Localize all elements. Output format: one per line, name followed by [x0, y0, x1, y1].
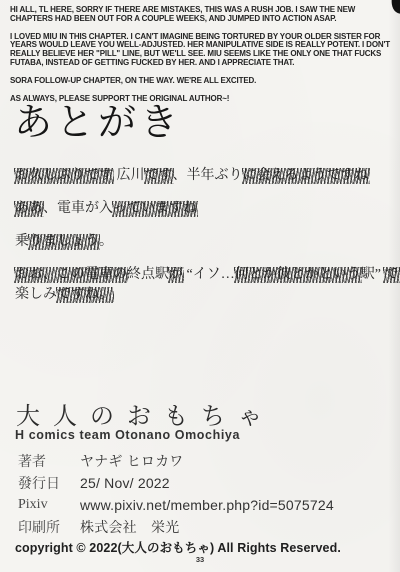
scribbled-out-text: ですか — [384, 265, 400, 284]
afterword-heading: あとがき — [14, 100, 182, 144]
printer-value: 株式会社 栄光 — [80, 517, 179, 537]
afterword-text: 乗 — [15, 234, 29, 249]
scribbled-out-text: おお、この電車の — [15, 265, 127, 284]
author-label: 著者 — [18, 451, 80, 471]
publish-date-label: 發行日 — [18, 473, 80, 493]
translator-note-paragraph: SORA FOLLOW-UP CHAPTER, ON THE WAY. WE'R… — [10, 77, 390, 86]
afterword-line: ああ、電車が入っていますね — [15, 199, 387, 218]
circle-title-english: H comics team Otonano Omochiya — [15, 428, 240, 442]
afterword-text: 、電車が入 — [43, 201, 113, 216]
translator-note-paragraph: I LOVED MIU IN THIS CHAPTER. I CAN'T IMA… — [10, 33, 390, 68]
afterword-text: 終点駅 — [127, 267, 169, 282]
colophon-row-pixiv: Pixiv www.pixiv.net/member.php?id=507572… — [18, 494, 388, 516]
afterword-text: 広川 — [113, 168, 145, 183]
afterword-line: 乗りましょう。 — [15, 232, 387, 251]
scribbled-out-text: りましょう — [29, 232, 99, 251]
scribbled-out-text: 何とか彼とかという — [235, 265, 361, 284]
afterword-text: 、半年ぶり — [173, 168, 243, 183]
afterword-text: “イソ… — [183, 267, 235, 282]
printer-label: 印刷所 — [18, 517, 80, 537]
colophon-row-author: 著者 ヤナギ ヒロカワ — [18, 450, 388, 472]
colophon-table: 著者 ヤナギ ヒロカワ 發行日 25/ Nov/ 2022 Pixiv www.… — [18, 450, 388, 538]
afterword-line: おお、この電車の終点駅が “イソ…何とか彼とかという駅” ですか — [15, 265, 387, 284]
afterword-text: 。 — [99, 234, 113, 249]
scanned-afterword-page: HI ALL, TL HERE, SORRY IF THERE ARE MIST… — [0, 0, 400, 572]
scribbled-out-text: ああ — [15, 199, 43, 218]
colophon-row-printer: 印刷所 株式会社 栄光 — [18, 516, 388, 538]
scribbled-out-text: お久しぶりです — [15, 166, 113, 185]
author-value: ヤナギ ヒロカワ — [80, 451, 184, 471]
afterword-text: 駅” — [361, 267, 385, 282]
publish-date-value: 25/ Nov/ 2022 — [80, 475, 170, 491]
page-number: 33 — [0, 555, 400, 564]
pixiv-label: Pixiv — [18, 497, 80, 513]
scribbled-out-text: っていますね — [113, 199, 197, 218]
afterword-line: 楽しみですね。 — [15, 285, 387, 304]
translator-note-paragraph: HI ALL, TL HERE, SORRY IF THERE ARE MIST… — [10, 6, 390, 24]
scribbled-out-text: です — [145, 166, 173, 185]
scribbled-out-text: が — [169, 265, 183, 284]
colophon-row-publish-date: 發行日 25/ Nov/ 2022 — [18, 472, 388, 494]
scribbled-out-text: ですね。 — [57, 285, 113, 304]
circle-title-japanese: 大人のおもちゃ — [16, 396, 275, 431]
afterword-line: お久しぶりです 広川です、半年ぶりに会えるようですね — [15, 166, 387, 185]
afterword-text: 楽しみ — [15, 287, 57, 302]
copyright-notice: copyright © 2022(大人のおもちゃ) All Rights Res… — [15, 538, 341, 556]
scribbled-out-text: に会えるようですね — [243, 166, 369, 185]
translator-note: HI ALL, TL HERE, SORRY IF THERE ARE MIST… — [10, 6, 390, 112]
afterword-lines: お久しぶりです 広川です、半年ぶりに会えるようですねああ、電車が入っていますね乗… — [15, 166, 387, 318]
scan-artifact-corner — [390, 0, 400, 14]
pixiv-url: www.pixiv.net/member.php?id=5075724 — [80, 497, 334, 513]
